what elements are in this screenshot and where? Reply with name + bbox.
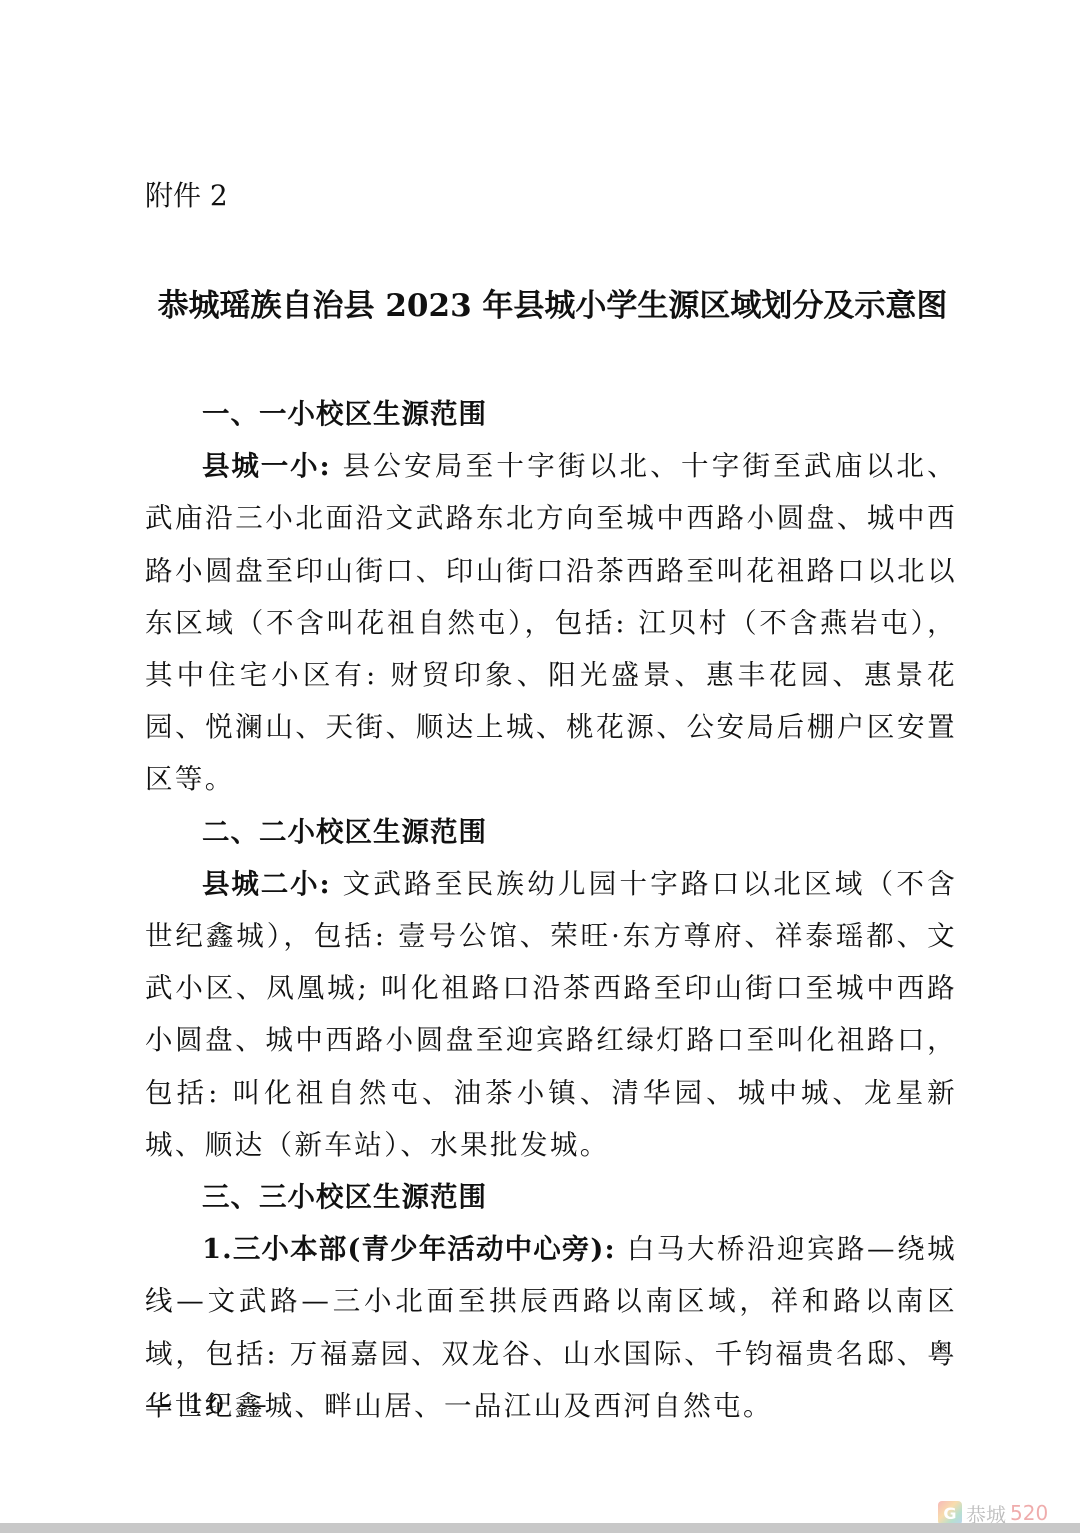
bottom-band: [0, 1523, 1080, 1533]
watermark-brand-number: 520: [1010, 1501, 1048, 1525]
section-heading-2: 二、二小校区生源范围: [145, 806, 957, 858]
document-title: 恭城瑶族自治县 2023 年县城小学生源区域划分及示意图: [145, 280, 960, 325]
attachment-label: 附件 2: [145, 174, 228, 214]
watermark-logo-icon: G: [938, 1501, 962, 1525]
section-heading-1: 一、一小校区生源范围: [145, 388, 957, 440]
section-paragraph-2: 县城二小: 文武路至民族幼儿园十字路口以北区域（不含世纪鑫城），包括: 壹号公馆…: [145, 858, 957, 1171]
section-paragraph-1: 县城一小: 县公安局至十字街以北、十字街至武庙以北、武庙沿三小北面沿文武路东北方…: [145, 440, 957, 805]
document-page: 附件 2 恭城瑶族自治县 2023 年县城小学生源区域划分及示意图 一、一小校区…: [0, 0, 1080, 1523]
school-label-2: 县城二小:: [202, 868, 331, 900]
section-text-2: 文武路至民族幼儿园十字路口以北区域（不含世纪鑫城），包括: 壹号公馆、荣旺·东方…: [145, 868, 957, 1161]
section-heading-3: 三、三小校区生源范围: [145, 1171, 957, 1223]
school-label-1: 县城一小:: [202, 450, 331, 482]
page-number: — 10 —: [145, 1390, 271, 1420]
section-text-1: 县公安局至十字街以北、十字街至武庙以北、武庙沿三小北面沿文武路东北方向至城中西路…: [145, 450, 957, 795]
document-body: 一、一小校区生源范围 县城一小: 县公安局至十字街以北、十字街至武庙以北、武庙沿…: [145, 388, 957, 1432]
school-label-3: 1.三小本部(青少年活动中心旁):: [202, 1233, 616, 1265]
